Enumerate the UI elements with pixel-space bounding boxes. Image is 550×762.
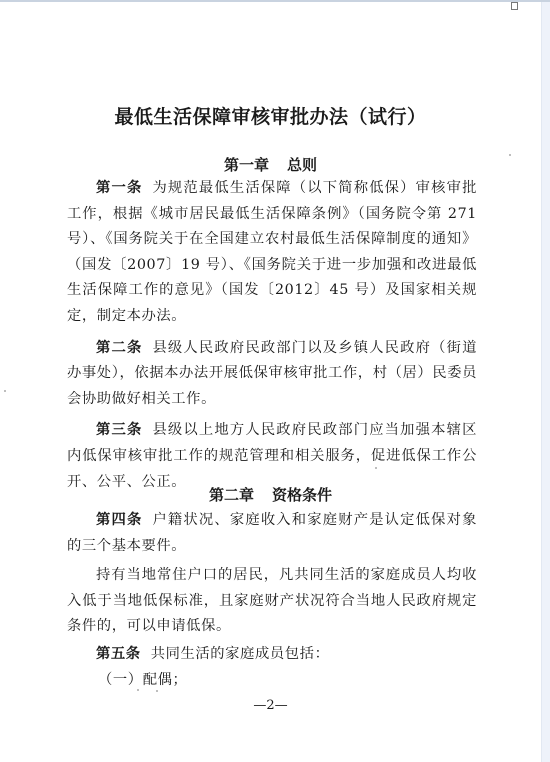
scan-speck	[375, 467, 377, 469]
body-paragraph: 持有当地常住户口的居民，凡共同生活的家庭成员人均收入低于当地低保标准，且家庭财产…	[67, 563, 477, 640]
article-paragraph: 第四条户籍状况、家庭收入和家庭财产是认定低保对象的三个基本要件。	[67, 508, 477, 559]
article-paragraph: 第五条共同生活的家庭成员包括：	[67, 642, 477, 668]
chapter-heading-2: 第二章资格条件	[0, 484, 541, 505]
paragraph-text: 持有当地常住户口的居民，凡共同生活的家庭成员人均收入低于当地低保标准，且家庭财产…	[67, 567, 477, 634]
scan-speck	[4, 390, 6, 392]
viewer-scrollbar-track[interactable]	[541, 2, 550, 762]
chapter-number: 第一章	[224, 156, 269, 174]
chapter-heading-1: 第一章总则	[0, 154, 541, 175]
article-label: 第三条	[96, 422, 142, 438]
scan-speck	[137, 689, 139, 691]
article-paragraph: 第一条为规范最低生活保障（以下简称低保）审核审批工作，根据《城市居民最低生活保障…	[67, 176, 477, 330]
article-label: 第二条	[96, 340, 142, 356]
list-item: （一）配偶；	[67, 668, 477, 694]
chapter-number: 第二章	[209, 486, 254, 504]
document-title: 最低生活保障审核审批办法（试行）	[0, 102, 541, 129]
document-page: 最低生活保障审核审批办法（试行） 第一章总则 第一条为规范最低生活保障（以下简称…	[0, 2, 541, 762]
scan-speck	[509, 154, 511, 156]
chapter-name: 资格条件	[272, 486, 332, 504]
page-number: —2—	[0, 698, 541, 713]
scan-speck	[156, 690, 158, 692]
article-label: 第一条	[96, 180, 142, 196]
article-paragraph: 第二条县级人民政府民政部门以及乡镇人民政府（街道办事处），依据本办法开展低保审核…	[67, 336, 477, 413]
chapter-1-body: 第一条为规范最低生活保障（以下简称低保）审核审批工作，根据《城市居民最低生活保障…	[67, 176, 477, 495]
article-text: 为规范最低生活保障（以下简称低保）审核审批工作，根据《城市居民最低生活保障条例》…	[67, 180, 477, 324]
article-label: 第四条	[96, 512, 142, 528]
article-text: 共同生活的家庭成员包括：	[151, 646, 330, 662]
chapter-2-body: 第四条户籍状况、家庭收入和家庭财产是认定低保对象的三个基本要件。 持有当地常住户…	[67, 508, 477, 693]
article-label: 第五条	[96, 646, 141, 662]
chapter-name: 总则	[287, 156, 317, 174]
list-item-text: （一）配偶；	[98, 672, 187, 688]
